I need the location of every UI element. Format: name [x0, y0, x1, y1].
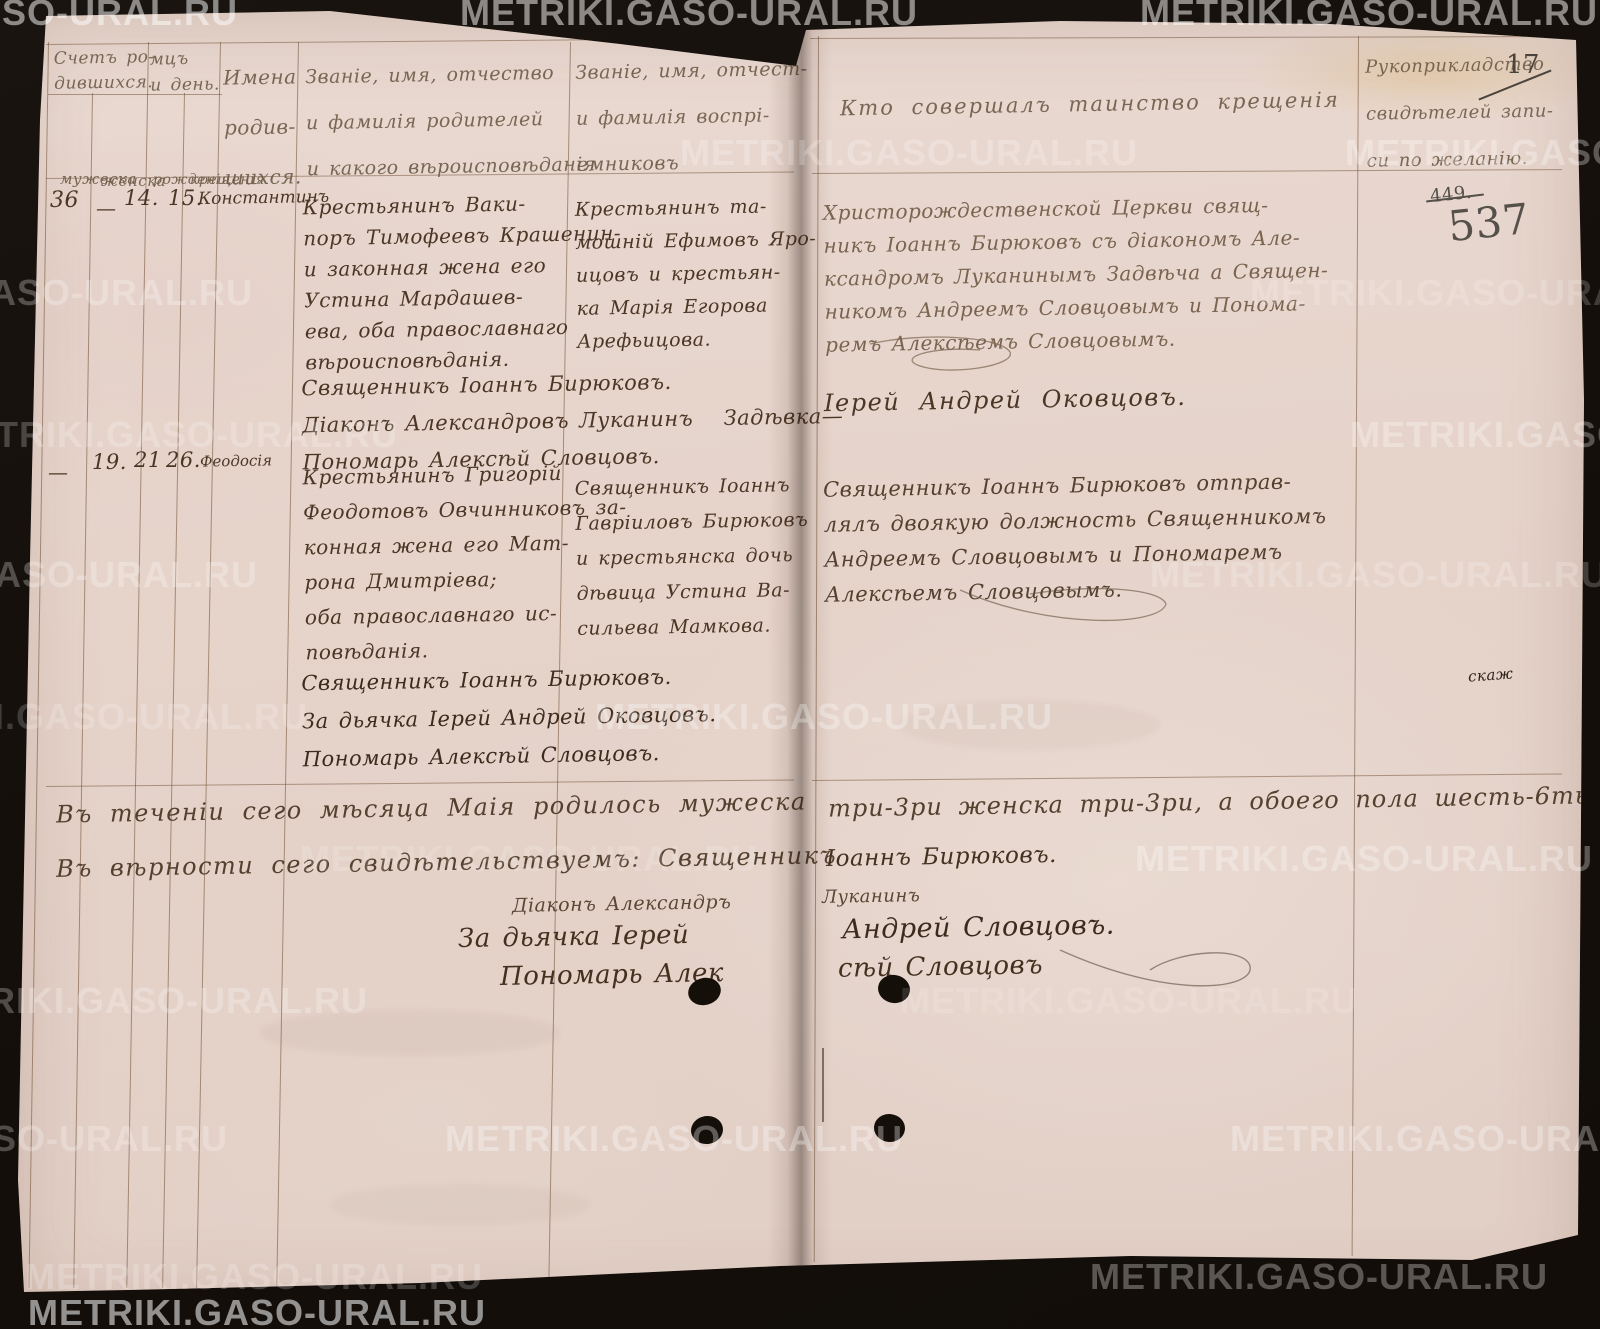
margin-note: скаж	[1467, 664, 1514, 685]
handwritten-line: емниковъ	[576, 138, 792, 188]
record1-parents: Крестьянинъ Ваки-поръ Тимофеевъ Крашенин…	[302, 188, 577, 379]
pen-flourish	[1030, 930, 1260, 1020]
summary-deacon-signature: Діаконъ Александръ	[512, 891, 732, 917]
record2-clergy-signatures: Священникъ Іоаннъ Бирюковъ.За дьячка Іер…	[301, 656, 798, 779]
summary-deacon-name: Луканинъ	[822, 885, 921, 908]
header-line: родив-	[224, 101, 302, 152]
table-line	[162, 93, 185, 1288]
record1-rite-signature: Іерей Андрей Оковцовъ.	[824, 383, 1187, 417]
summary-sexton-signature: За дьячка Іерей	[458, 920, 690, 954]
ink-bleed-smudge	[330, 1185, 590, 1225]
handwritten-line: поръ Тимофеевъ Крашенин-	[303, 219, 575, 255]
record2-female-count: 19.	[92, 450, 127, 474]
pen-flourish	[860, 330, 1040, 380]
handwritten-line: и какого вѣроисповѣданія	[306, 142, 569, 193]
page-fold-shadow	[768, 0, 832, 1310]
record2-godparents: Священникъ ІоаннъГавріиловъ Бирюковъи кр…	[574, 468, 792, 647]
handwritten-line: и фамилія родителей	[306, 96, 569, 147]
header-line: мцъ	[150, 45, 220, 72]
table-line	[73, 93, 93, 1288]
handwritten-line: свидѣтелей запи-	[1366, 87, 1567, 137]
header-rite: Кто совершалъ таинство крещенія	[840, 88, 1340, 121]
record2-baptized-day: 26.	[166, 448, 201, 472]
table-line	[126, 42, 149, 1288]
handwritten-line: дѣвица Устина Ва-	[576, 573, 792, 612]
handwritten-line: сильева Мамкова.	[577, 608, 793, 647]
handwritten-line: Крестьянинъ Ваки-	[302, 188, 574, 224]
handwritten-line: ева, оба православнаго	[305, 312, 577, 348]
handwritten-line: Священникъ Іоаннъ	[574, 468, 790, 507]
header-line: Имена	[223, 51, 301, 102]
handwritten-line: и крестьянска дочь	[576, 538, 792, 577]
header-names: Имена родив- шихся.	[223, 51, 303, 202]
watermark-text: METRIKI.GASO-URAL.RU	[1090, 1256, 1548, 1298]
handwritten-line: оба православнаго ис-	[305, 596, 578, 636]
table-line	[810, 36, 1564, 39]
header-godparents: Званіе, имя, отчест-и фамилія воспрі-емн…	[575, 46, 792, 188]
handwritten-line: мошній Ефимовъ Яро-	[575, 223, 791, 260]
header-line: дившихся.	[54, 70, 155, 97]
header-date-group: мцъ и день.	[150, 45, 220, 98]
header-line: Счетъ ро-	[54, 45, 155, 72]
handwritten-line: Арефьицова.	[577, 322, 793, 359]
summary-left-line2: Въ вѣрности сего свидѣтельствуемъ: Свяще…	[56, 841, 837, 883]
punch-hole	[689, 1114, 725, 1146]
record2-parents: Крестьянинъ ГригорійФеодотовъ Овчинников…	[302, 456, 578, 671]
handwritten-line: Крестьянинъ та-	[575, 190, 791, 227]
handwritten-line: Гавріиловъ Бирюковъ	[575, 503, 791, 542]
punch-hole	[873, 1112, 907, 1143]
handwritten-line: си по желанію.	[1366, 134, 1567, 184]
summary-left-line1: Въ теченіи сего мѣсяца Маія родилось муж…	[56, 787, 807, 828]
handwritten-line: Пономарь Алексѣй Словцовъ.	[302, 732, 798, 779]
watermark-text: METRIKI.GASO-URAL.RU	[28, 1292, 486, 1329]
handwritten-line: и законная жена его	[303, 250, 575, 286]
handwritten-line: рона Дмитріева;	[304, 561, 577, 601]
metrical-book-page: Счетъ ро- дившихся. мцъ и день. мужеска …	[0, 0, 1600, 1329]
header-line: и день.	[150, 71, 220, 98]
table-line	[46, 37, 794, 45]
handwritten-line: Крестьянинъ Григорій	[302, 456, 575, 496]
summary-right-line1: три-3ри женска три-3ри, а обоего пола ше…	[828, 781, 1589, 822]
record1-female-count: —	[96, 196, 117, 220]
record1-godparents: Крестьянинъ та-мошній Ефимовъ Яро-ицовъ …	[575, 190, 793, 359]
handwritten-line: и фамилія воспрі-	[576, 92, 792, 142]
handwritten-line: ицовъ и крестьян-	[576, 256, 792, 293]
summary-priest-name: Іоаннъ Бирюковъ.	[826, 842, 1057, 872]
archival-scan: Счетъ ро- дившихся. мцъ и день. мужеска …	[0, 0, 1600, 1329]
ink-bleed-smudge	[260, 1010, 560, 1056]
record2-name: Феодосія	[200, 451, 272, 470]
table-line	[812, 773, 1562, 781]
ink-bleed-smudge	[900, 700, 1160, 750]
header-count-group: Счетъ ро- дившихся.	[54, 45, 156, 97]
handwritten-line: Званіе, имя, отчест-	[575, 46, 791, 96]
folio-number: 537	[1446, 194, 1532, 251]
handwritten-line: Устина Мардашев-	[304, 281, 576, 317]
record1-born-day: 14.	[124, 186, 159, 210]
record2-born-day: 21	[134, 448, 162, 472]
pen-flourish	[940, 580, 1180, 640]
table-line	[46, 779, 794, 787]
handwritten-line: Званіе, имя, отчество	[305, 50, 568, 101]
record1-male-count: 36	[50, 188, 79, 213]
header-parents: Званіе, имя, отчествои фамилія родителей…	[305, 50, 569, 193]
record2-male-count: —	[48, 460, 69, 484]
handwritten-line: конная жена его Мат-	[303, 526, 576, 566]
table-line	[196, 42, 221, 1288]
handwritten-line: Феодотовъ Овчинниковъ за-	[303, 491, 576, 531]
table-line	[28, 42, 49, 1288]
table-line	[276, 42, 299, 1286]
summary-ponomar-name: сѣй Словцовъ	[838, 950, 1044, 984]
handwritten-line: ка Марія Егорова	[576, 289, 792, 326]
